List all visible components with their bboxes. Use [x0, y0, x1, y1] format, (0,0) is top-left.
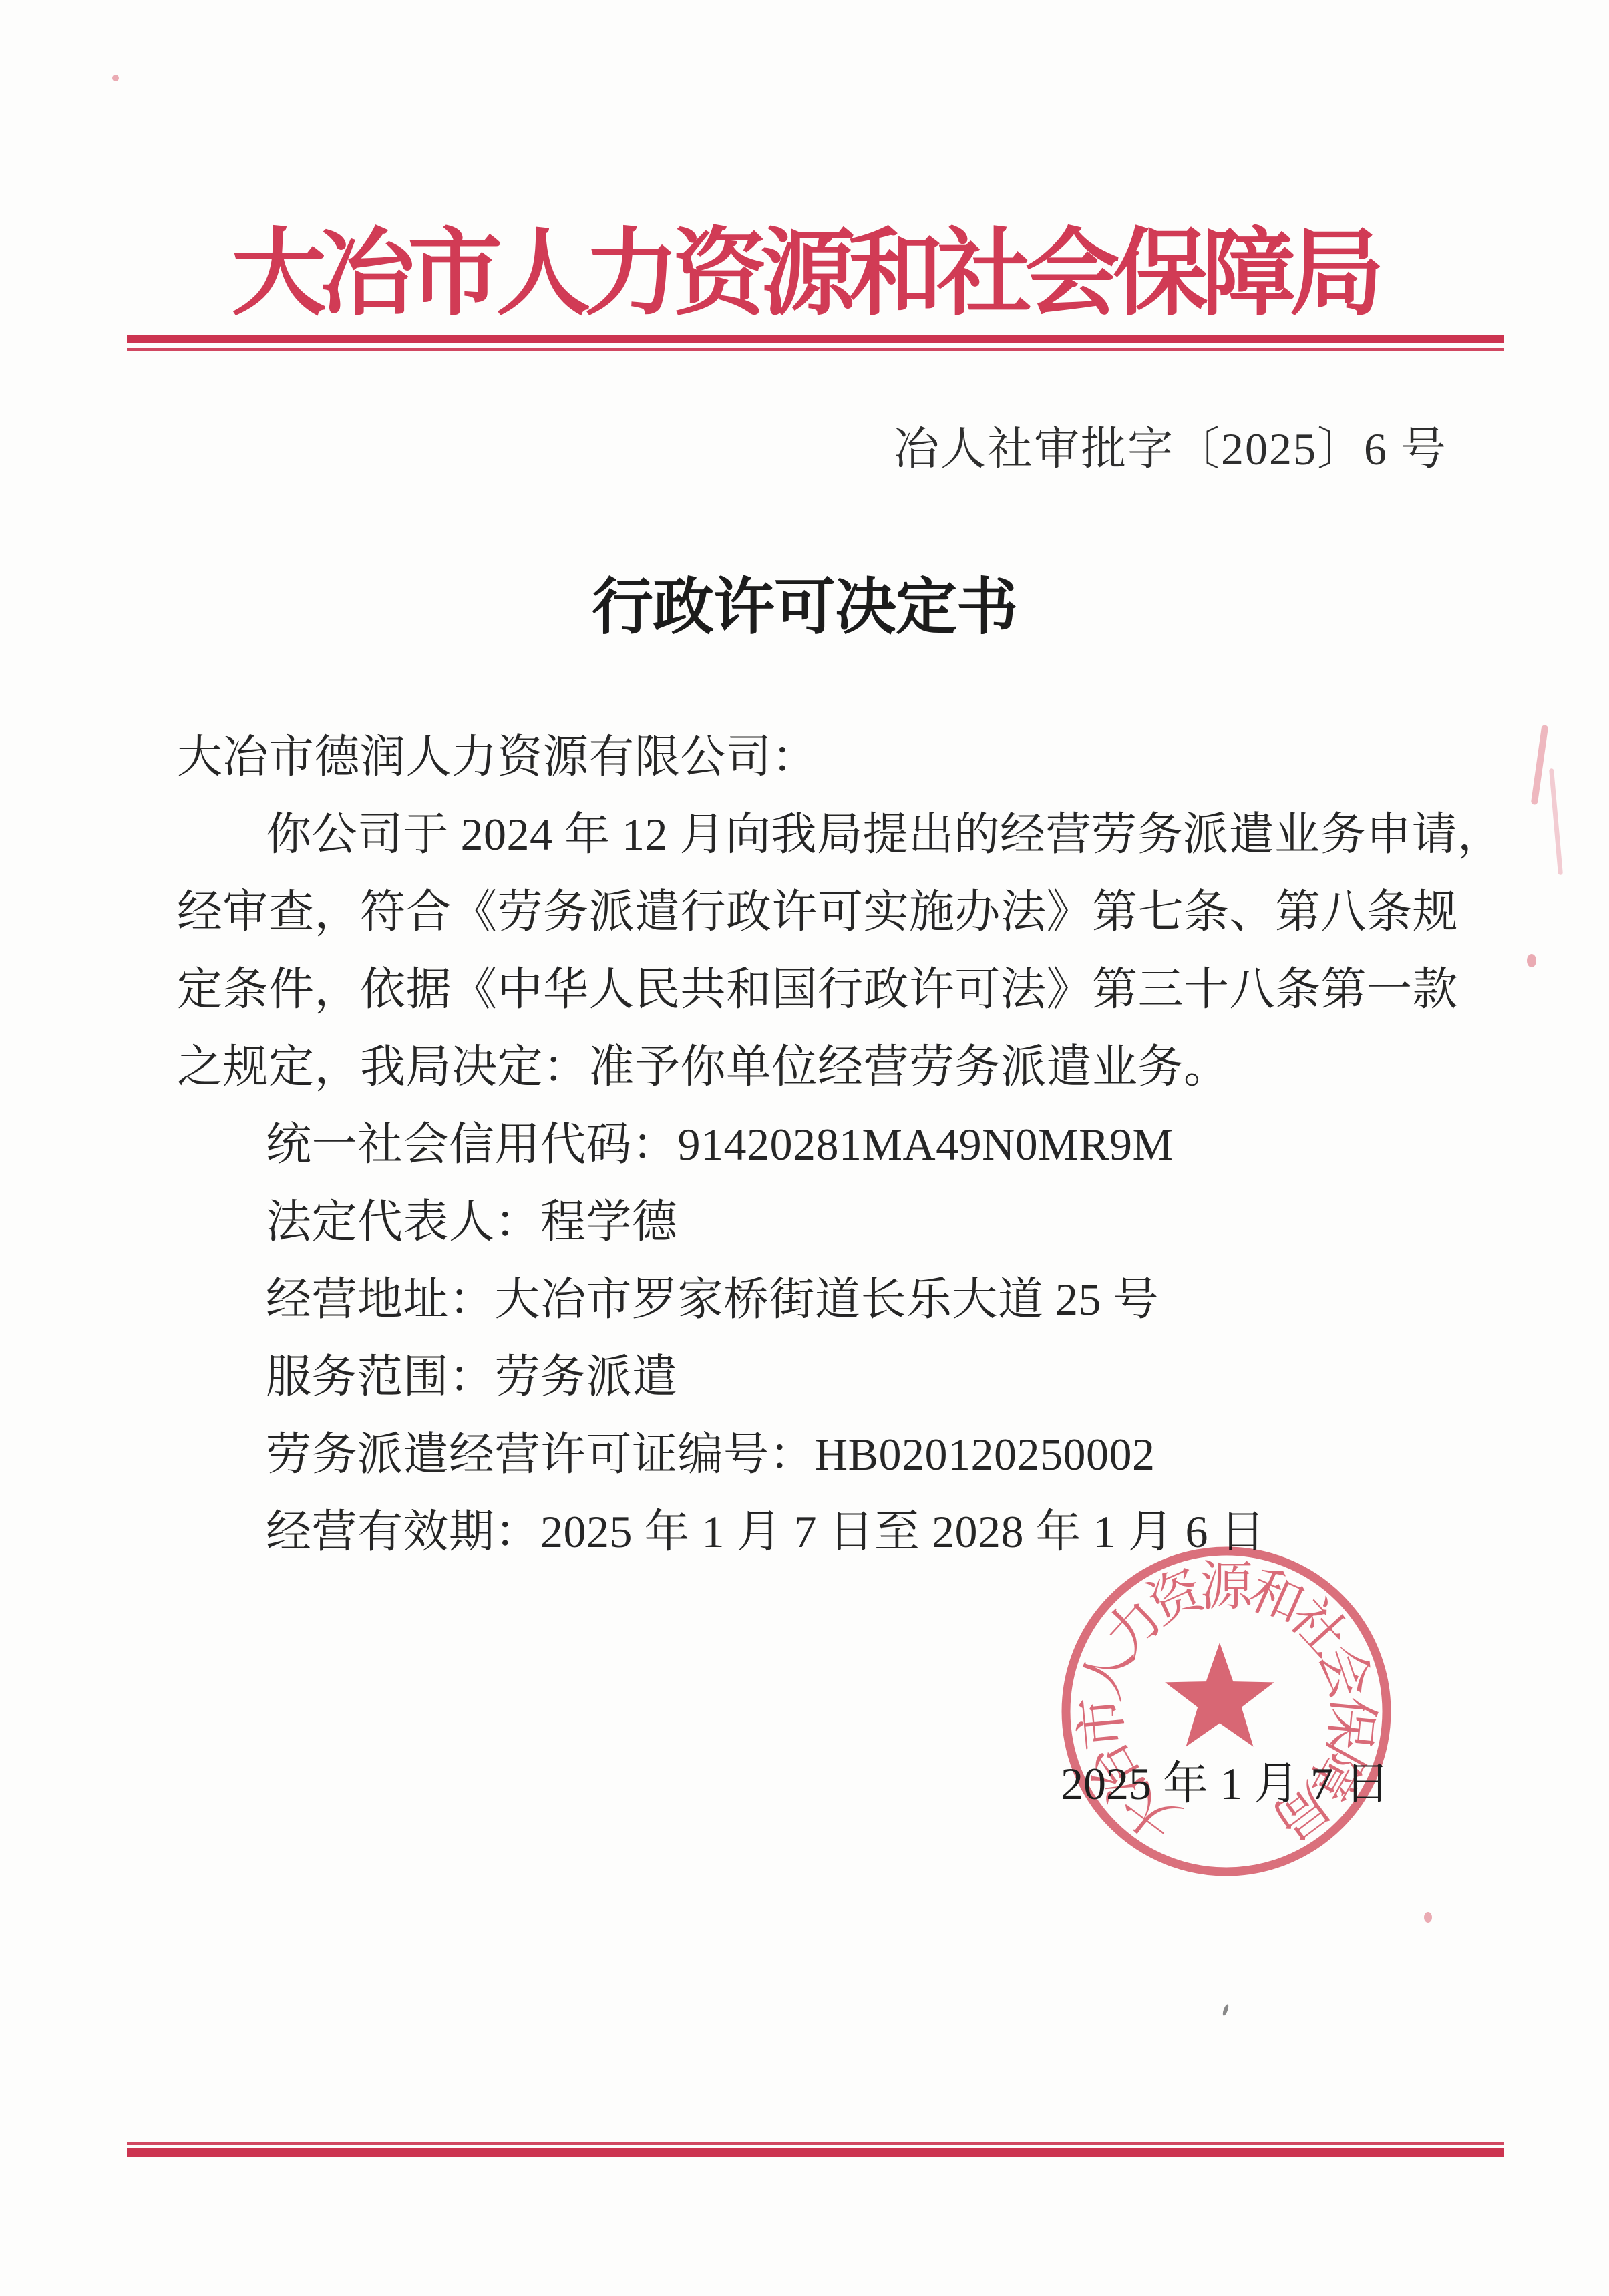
- scan-artifact: [1424, 1912, 1432, 1923]
- footer-rule-thick: [127, 2148, 1504, 2157]
- scan-artifact: [1527, 954, 1536, 967]
- body-line: 统一社会信用代码：91420281MA49N0MR9M: [177, 1106, 1486, 1183]
- official-seal: 大冶市人力资源和社会保障局: [1059, 1544, 1393, 1878]
- header-rule-thick: [127, 335, 1504, 343]
- body-line: 法定代表人：程学德: [177, 1183, 1486, 1261]
- letterhead-title: 大冶市人力资源和社会保障局: [0, 197, 1609, 333]
- scan-artifact: [1531, 725, 1549, 805]
- body-line: 劳务派遣经营许可证编号：HB020120250002: [177, 1416, 1486, 1493]
- seal-star-icon: [1165, 1643, 1274, 1747]
- footer-rule-thin: [127, 2142, 1504, 2145]
- body-line: 之规定，我局决定：准予你单位经营劳务派遣业务。: [177, 1028, 1486, 1106]
- body-line: 服务范围：劳务派遣: [177, 1338, 1486, 1416]
- body-line: 你公司于 2024 年 12 月向我局提出的经营劳务派遣业务申请，: [177, 796, 1486, 873]
- document-number: 冶人社审批字〔2025〕6 号: [894, 413, 1447, 478]
- body-line: 定条件，依据《中华人民共和国行政许可法》第三十八条第一款: [177, 951, 1486, 1028]
- header-rule-thin: [127, 348, 1504, 351]
- body-text: 大冶市德润人力资源有限公司：你公司于 2024 年 12 月向我局提出的经营劳务…: [177, 718, 1486, 1571]
- body-line: 经审查，符合《劳务派遣行政许可实施办法》第七条、第八条规: [177, 873, 1486, 951]
- document-title: 行政许可决定书: [0, 558, 1609, 646]
- issue-date: 2025 年 1 月 7 日: [1061, 1748, 1390, 1812]
- document-page: 大冶市人力资源和社会保障局 冶人社审批字〔2025〕6 号 行政许可决定书 大冶…: [0, 0, 1609, 2296]
- scan-artifact: [1549, 768, 1563, 875]
- body-line: 经营地址：大冶市罗家桥街道长乐大道 25 号: [177, 1261, 1486, 1338]
- scan-artifact: [112, 75, 119, 81]
- body-line: 大冶市德润人力资源有限公司：: [177, 718, 1486, 796]
- scan-artifact: [1222, 2004, 1230, 2017]
